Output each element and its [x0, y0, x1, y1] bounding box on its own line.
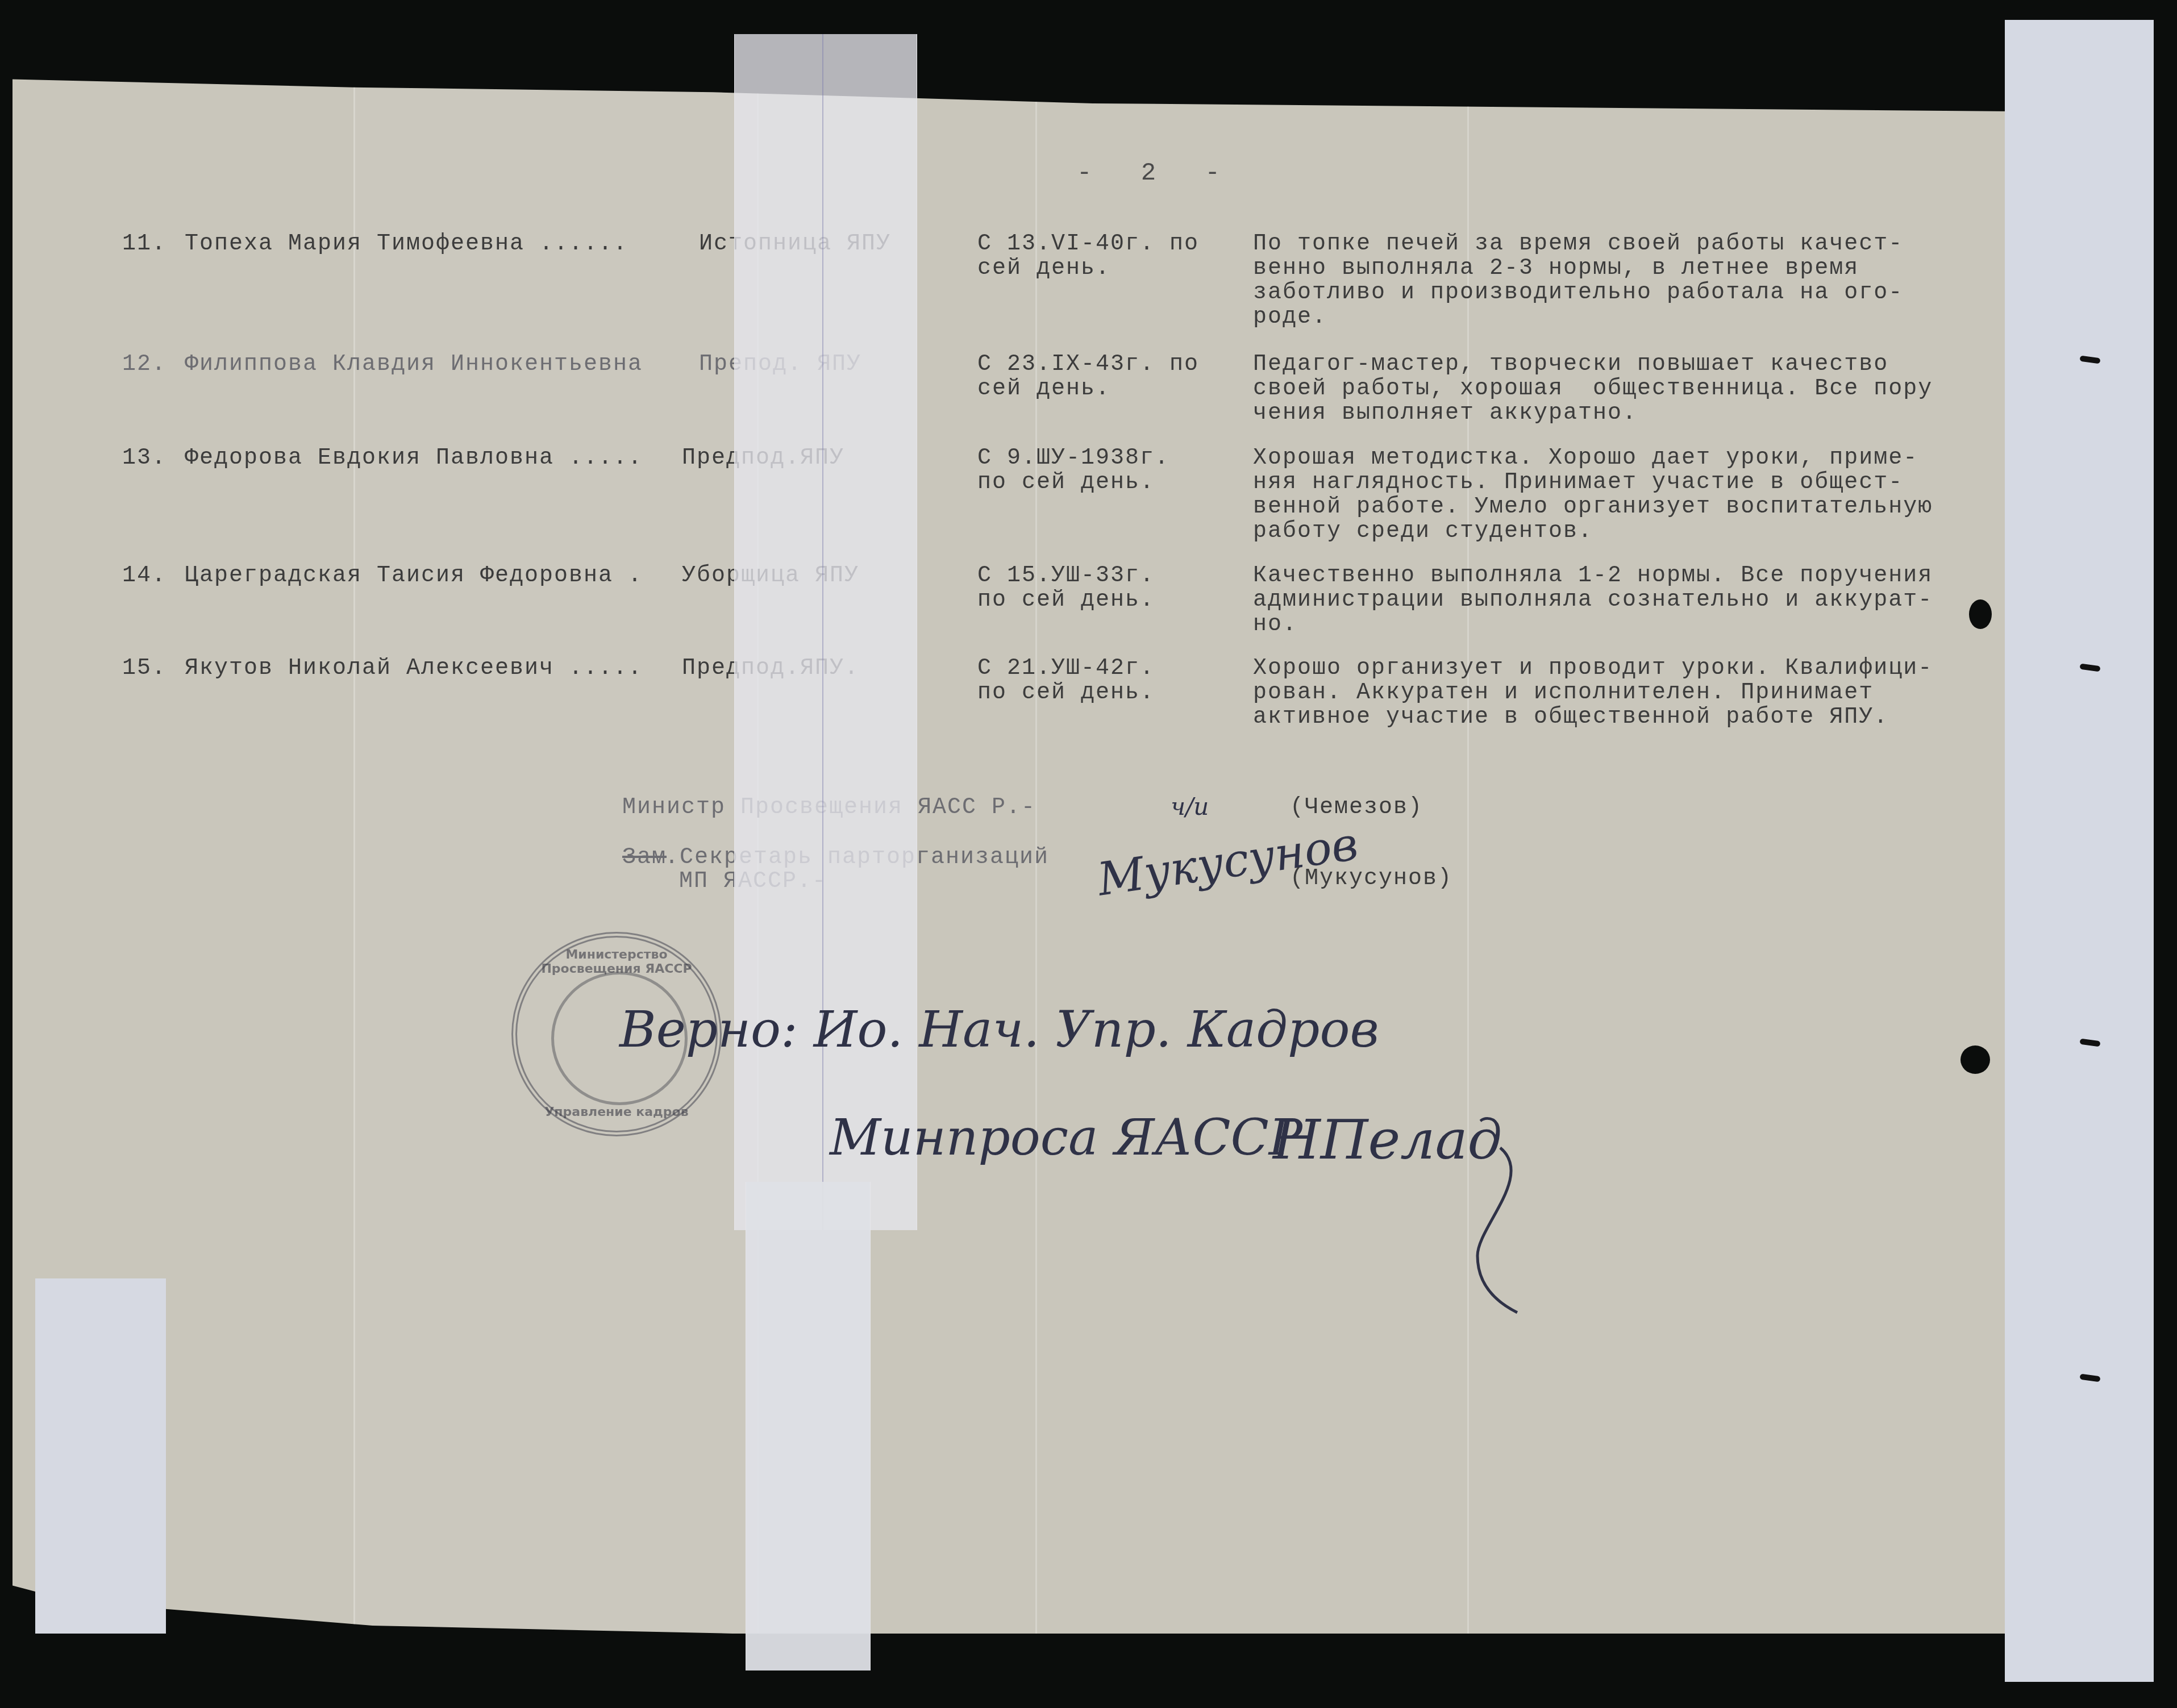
- stamp-top-text: Министерство Просвещения ЯАССР: [517, 948, 716, 976]
- entry-description: но.: [1253, 613, 1297, 637]
- punch-hole: [1960, 1045, 1990, 1074]
- entry-description: рован. Аккуратен и исполнителен. Принима…: [1253, 681, 1874, 705]
- entry-number: 14.: [122, 564, 166, 588]
- entry-period: по сей день.: [977, 470, 1155, 495]
- entry-description: няя наглядность. Принимает участие в общ…: [1253, 470, 1903, 495]
- secretary-struck-prefix: Зам: [622, 845, 667, 870]
- entry-description: Хорошая методистка. Хорошо дает уроки, п…: [1253, 446, 1918, 470]
- punch-hole: [1969, 599, 1992, 629]
- entry-description: заботливо и производительно работала на …: [1253, 281, 1903, 305]
- entry-period: сей день.: [977, 256, 1110, 281]
- tape-strip-lower: [746, 1182, 871, 1670]
- entry-description: венно выполняла 2-3 нормы, в летнее врем…: [1253, 256, 1859, 281]
- entry-description: работу среди студентов.: [1253, 519, 1593, 544]
- minister-name: (Чемезов): [1290, 795, 1423, 820]
- entry-description: чения выполняет аккуратно.: [1253, 401, 1637, 426]
- certification-line-1: Верно: Ио. Нач. Упр. Кадров: [619, 1000, 1379, 1059]
- certification-line-2: Минпроса ЯАССР: [830, 1108, 1302, 1167]
- entry-number: 15.: [122, 656, 166, 681]
- entry-description: администрации выполняла сознательно и ак…: [1253, 588, 1933, 613]
- entry-description: Хорошо организует и проводит уроки. Квал…: [1253, 656, 1933, 681]
- entry-number: 13.: [122, 446, 166, 470]
- stamp-bottom-text: Управление кадров: [517, 1105, 716, 1119]
- fold-panel: [353, 31, 757, 1634]
- entry-period: С 23.IX-43г. по: [977, 352, 1199, 377]
- entry-name: Федорова Евдокия Павловна .....: [185, 446, 643, 470]
- backing-patch-left: [35, 1278, 166, 1634]
- minister-note: ч/и: [1171, 793, 1209, 820]
- entry-name: Топеха Мария Тимофеевна ......: [185, 232, 628, 256]
- entry-period: С 13.VI-40г. по: [977, 232, 1199, 256]
- fold-line: [353, 31, 355, 1634]
- entry-description: активное участие в общественной работе Я…: [1253, 705, 1888, 730]
- entry-name: Царегpадская Таисия Федоровна .: [185, 564, 643, 588]
- secretary-name: (Мукусунов): [1290, 867, 1452, 891]
- entry-name: Якутов Николай Алексеевич .....: [185, 656, 643, 681]
- entry-number: 12.: [122, 352, 166, 377]
- signature-flourish: [1455, 1142, 1568, 1324]
- entry-description: своей работы, хорошая общественница. Все…: [1253, 377, 1933, 401]
- page-number: - 2 -: [1077, 159, 1237, 188]
- entry-period: С 9.ШУ-1938г.: [977, 446, 1169, 470]
- entry-period: по сей день.: [977, 588, 1155, 613]
- entry-description: Качественно выполняла 1-2 нормы. Все пор…: [1253, 564, 1933, 588]
- entry-period: С 21.УШ-42г.: [977, 656, 1155, 681]
- entry-description: По топке печей за время своей работы кач…: [1253, 232, 1903, 256]
- backing-strip-right: [2005, 20, 2154, 1682]
- entry-period: С 15.УШ-33г.: [977, 564, 1155, 588]
- entry-name: Филиппова Клавдия Иннокентьевна: [185, 352, 643, 377]
- entry-description: Педагог-мастер, творчески повышает качес…: [1253, 352, 1888, 377]
- entry-period: по сей день.: [977, 681, 1155, 705]
- entry-period: сей день.: [977, 377, 1110, 401]
- entry-description: роде.: [1253, 305, 1327, 330]
- entry-number: 11.: [122, 232, 166, 256]
- entry-description: венной работе. Умело организует воспитат…: [1253, 495, 1933, 519]
